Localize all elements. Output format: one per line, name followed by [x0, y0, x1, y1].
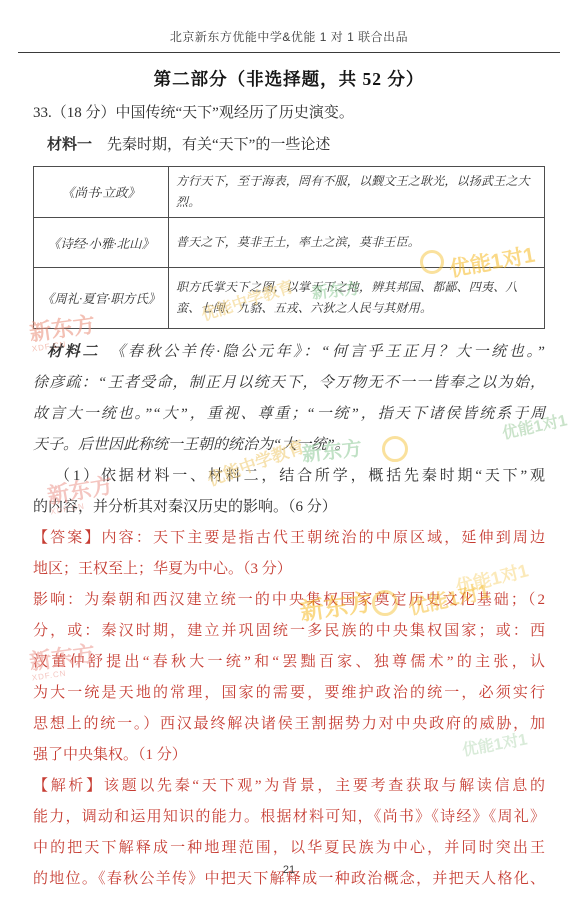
text-run: 思想上的统一。）西汉最终解决诸侯王割据势力对中央政府的威胁，加 [33, 716, 545, 732]
question-body-lines: 材料二 《春秋公羊传·隐公元年》：“何言乎王正月？大一统也。”徐彦疏：“王者受命… [33, 336, 545, 895]
quote-cell: 方行天下，至于海表，罔有不服，以觐文王之耿光，以扬武王之大烈。 [169, 167, 545, 218]
text-run: 强了中央集权。（1 分） [33, 747, 187, 763]
text-line: 能力，调动和运用知识的能力。根据材料可知，《尚书》《诗经》《周礼》 [33, 802, 545, 833]
text-run: 分，或：秦汉时期，建立并巩固统一多民族的中央集权国家；或：西 [33, 623, 545, 639]
source-cell: 《尚书·立政》 [34, 167, 169, 218]
text-run: 汉董仲舒提出“春秋大一统”和“罢黜百家、独尊儒术”的主张，认 [33, 654, 545, 670]
text-run: 33.（18 分）中国传统“天下”观经历了历史演变。 [33, 105, 354, 121]
source-cell: 《周礼·夏官·职方氏》 [34, 268, 169, 329]
text-line: （1）依据材料一、材料二，结合所学，概括先秦时期“天下”观 [33, 461, 545, 492]
page-number: 21 [0, 864, 578, 876]
text-run: 能力，调动和运用知识的能力。根据材料可知，《尚书》《诗经》《周礼》 [33, 809, 545, 825]
material-one-table: 《尚书·立政》方行天下，至于海表，罔有不服，以觐文王之耿光，以扬武王之大烈。《诗… [33, 166, 545, 329]
text-line: 徐彦疏：“王者受命，制正月以统天下，令万物无不一一皆奉之以为始， [33, 368, 545, 399]
page-header-publisher: 北京新东方优能中学&优能 1 对 1 联合出品 [18, 0, 560, 53]
text-line: 故言大一统也。”“大”，重视、尊重；“一统”，指天下诸侯皆统系于周 [33, 399, 545, 430]
source-cell: 《诗经·小雅·北山》 [34, 218, 169, 268]
text-line: 【解析】该题以先秦“天下观”为背景，主要考查获取与解读信息的 [33, 771, 545, 802]
table-row: 《周礼·夏官·职方氏》职方氏掌天下之图，以掌天下之地，辨其邦国、都鄙、四夷、八蛮… [34, 268, 545, 329]
material-one-table-body: 《尚书·立政》方行天下，至于海表，罔有不服，以觐文王之耿光，以扬武王之大烈。《诗… [34, 167, 545, 329]
text-run: 地区；王权至上；华夏为中心。（3 分） [33, 561, 292, 577]
text-run: 《春秋公羊传·隐公元年》：“何言乎王正月？大一统也。” [100, 344, 545, 360]
text-run: 【答案】内容：天下主要是指古代王朝统治的中原区域，延伸到周边 [33, 530, 545, 546]
text-run: 【解析】该题以先秦“天下观”为背景，主要考查获取与解读信息的 [33, 778, 545, 794]
text-run: 徐彦疏：“王者受命，制正月以统天下，令万物无不一一皆奉之以为始， [33, 375, 545, 391]
text-line: 地区；王权至上；华夏为中心。（3 分） [33, 554, 545, 585]
table-row: 《尚书·立政》方行天下，至于海表，罔有不服，以觐文王之耿光，以扬武王之大烈。 [34, 167, 545, 218]
text-line: 强了中央集权。（1 分） [33, 740, 545, 771]
text-line: 影响：为秦朝和西汉建立统一的中央集权国家奠定历史文化基础；（2 [33, 585, 545, 616]
text-line: 中的把天下解释成一种地理范围，以华夏民族为中心，并同时突出王 [33, 833, 545, 864]
text-run: 影响：为秦朝和西汉建立统一的中央集权国家奠定历史文化基础；（2 [33, 592, 545, 608]
text-run: 先秦时期，有关“天下”的一些论述 [92, 137, 330, 153]
text-line: 思想上的统一。）西汉最终解决诸侯王割据势力对中央政府的威胁，加 [33, 709, 545, 740]
text-line: 的内容，并分析其对秦汉历史的影响。（6 分） [33, 492, 545, 523]
material-label: 材料一 [47, 136, 92, 153]
text-line: 为大一统是天地的常理，国家的需要，要维护政治的统一，必须实行 [33, 678, 545, 709]
text-run: 故言大一统也。”“大”，重视、尊重；“一统”，指天下诸侯皆统系于周 [33, 406, 545, 422]
text-run: 天子。后世因此称统一王朝的统治为“大一统”。 [33, 437, 350, 453]
quote-cell: 职方氏掌天下之图，以掌天下之地，辨其邦国、都鄙、四夷、八蛮、七闽、九貉、五戎、六… [169, 268, 545, 329]
section-title: 第二部分（非选择题，共 52 分） [33, 66, 545, 92]
text-line: 汉董仲舒提出“春秋大一统”和“罢黜百家、独尊儒术”的主张，认 [33, 647, 545, 678]
quote-cell: 普天之下，莫非王土，率土之滨，莫非王臣。 [169, 218, 545, 268]
material-label: 材料二 [47, 343, 100, 360]
text-run: 的内容，并分析其对秦汉历史的影响。（6 分） [33, 499, 337, 515]
text-line: 材料二 《春秋公羊传·隐公元年》：“何言乎王正月？大一统也。” [33, 336, 545, 368]
text-line: 材料一 先秦时期，有关“天下”的一些论述 [33, 129, 545, 161]
exam-answer-page: 北京新东方优能中学&优能 1 对 1 联合出品 第二部分（非选择题，共 52 分… [0, 0, 578, 900]
table-row: 《诗经·小雅·北山》普天之下，莫非王土，率土之滨，莫非王臣。 [34, 218, 545, 268]
text-line: 分，或：秦汉时期，建立并巩固统一多民族的中央集权国家；或：西 [33, 616, 545, 647]
text-run: （1）依据材料一、材料二，结合所学，概括先秦时期“天下”观 [55, 468, 545, 484]
text-run: 中的把天下解释成一种地理范围，以华夏民族为中心，并同时突出王 [33, 840, 545, 856]
text-line: 【答案】内容：天下主要是指古代王朝统治的中原区域，延伸到周边 [33, 523, 545, 554]
text-line: 天子。后世因此称统一王朝的统治为“大一统”。 [33, 430, 545, 461]
question-intro-lines: 33.（18 分）中国传统“天下”观经历了历史演变。材料一 先秦时期，有关“天下… [33, 98, 545, 161]
text-line: 33.（18 分）中国传统“天下”观经历了历史演变。 [33, 98, 545, 129]
text-run: 为大一统是天地的常理，国家的需要，要维护政治的统一，必须实行 [33, 685, 545, 701]
